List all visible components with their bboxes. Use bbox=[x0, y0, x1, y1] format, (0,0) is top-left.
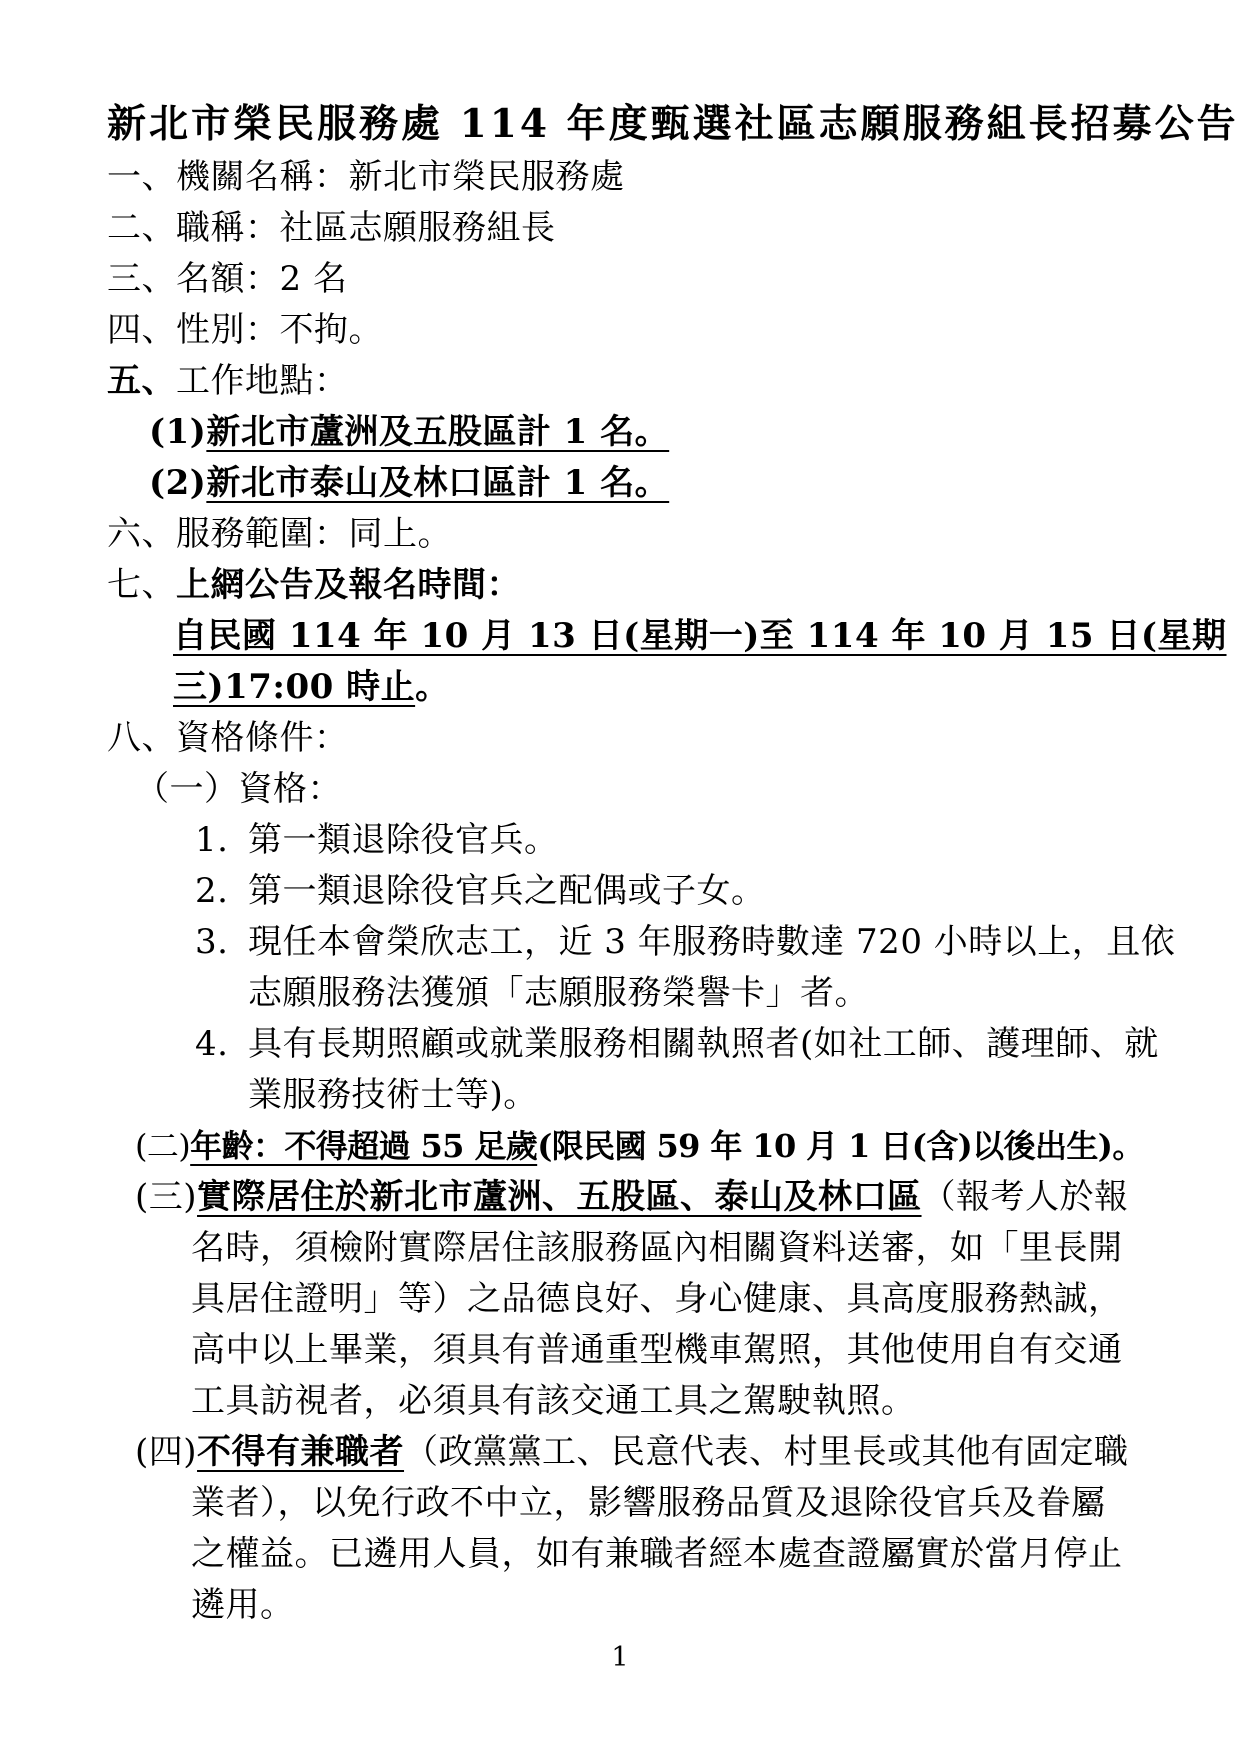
list-marker: 4. bbox=[195, 1019, 248, 1070]
item-qualifications: 八、資格條件： bbox=[107, 713, 1130, 764]
text-run: 三、名額：2 名 bbox=[107, 259, 347, 299]
text-run: （報考人於報 bbox=[922, 1177, 1129, 1217]
text-run: 。 bbox=[415, 667, 450, 707]
work-location-2: (2)新北市泰山及林口區計 1 名。 bbox=[107, 458, 1130, 509]
text-run: (限民國 59 年 10 月 1 日(含)以後出生)。 bbox=[537, 1127, 1144, 1165]
page-title: 新北市榮民服務處 114 年度甄選社區志願服務組長招募公告 bbox=[107, 96, 1130, 152]
qualification-1: 1.第一類退除役官兵。 bbox=[107, 815, 1130, 866]
text-run: 工作地點： bbox=[176, 361, 349, 401]
text-run: 工具訪視者，必須具有該交通工具之駕駛執照。 bbox=[191, 1381, 916, 1421]
qualification-4: 4.具有長期照顧或就業服務相關執照者(如社工師、護理師、就 bbox=[107, 1019, 1130, 1070]
item-gender: 四、性別：不拘。 bbox=[107, 305, 1130, 356]
text-run: 六、服務範圍：同上。 bbox=[107, 514, 452, 554]
item-job-title: 二、職稱：社區志願服務組長 bbox=[107, 203, 1130, 254]
residence-cont-1: 名時，須檢附實際居住該服務區內相關資料送審，如「里長開 bbox=[107, 1223, 1130, 1274]
residence-cont-4: 工具訪視者，必須具有該交通工具之駕駛執照。 bbox=[107, 1376, 1130, 1427]
text-run: 不得有兼職者 bbox=[197, 1432, 404, 1472]
list-marker: (三) bbox=[135, 1177, 197, 1217]
age-requirement: (二)年齡：不得超過 55 足歲(限民國 59 年 10 月 1 日(含)以後出… bbox=[107, 1121, 1130, 1172]
text-run: 高中以上畢業，須具有普通重型機車駕照，其他使用自有交通 bbox=[191, 1330, 1123, 1370]
text-run: 第一類退除役官兵之配偶或子女。 bbox=[248, 866, 766, 917]
text-run: （一）資格： bbox=[135, 769, 342, 809]
text-run: 名時，須檢附實際居住該服務區內相關資料送審，如「里長開 bbox=[191, 1228, 1123, 1268]
text-run: 上網公告及報名時間： bbox=[176, 565, 521, 605]
text-run: 實際居住於新北市蘆洲、五股區、泰山及林口區 bbox=[197, 1177, 922, 1217]
text-run: 之權益。已遴用人員，如有兼職者經本處查證屬實於當月停止 bbox=[191, 1534, 1123, 1574]
qualification-4-cont: 業服務技術士等)。 bbox=[107, 1070, 1130, 1121]
qualification-3-cont: 志願服務法獲頒「志願服務榮譽卡」者。 bbox=[107, 968, 1130, 1019]
list-marker: (1) bbox=[149, 412, 206, 452]
text-run: 遴用。 bbox=[191, 1585, 295, 1625]
text-run: 志願服務法獲頒「志願服務榮譽卡」者。 bbox=[248, 973, 869, 1013]
text-run: 一、機關名稱：新北市榮民服務處 bbox=[107, 157, 625, 197]
text-run: 年齡：不得超過 55 足歲 bbox=[190, 1127, 537, 1165]
list-marker: (四) bbox=[135, 1432, 197, 1472]
list-marker: (二) bbox=[135, 1127, 190, 1165]
text-run: 新北市泰山及林口區計 1 名。 bbox=[206, 463, 669, 503]
text-run: 第一類退除役官兵。 bbox=[248, 815, 559, 866]
no-concurrent-cont-1: 業者），以免行政不中立，影響服務品質及退除役官兵及眷屬 bbox=[107, 1478, 1130, 1529]
text-run: 八、資格條件： bbox=[107, 718, 349, 758]
item-service-area: 六、服務範圍：同上。 bbox=[107, 509, 1130, 560]
text-run: 四、性別：不拘。 bbox=[107, 310, 383, 350]
text-run: 三)17:00 時止 bbox=[173, 667, 415, 707]
announcement-period-line2: 三)17:00 時止。 bbox=[107, 662, 1130, 713]
section-marker: 五、 bbox=[107, 361, 176, 401]
text-run: 具有長期照顧或就業服務相關執照者(如社工師、護理師、就 bbox=[248, 1019, 1159, 1070]
text-run: 現任本會榮欣志工，近 3 年服務時數達 720 小時以上，且依 bbox=[248, 917, 1175, 968]
residence-cont-3: 高中以上畢業，須具有普通重型機車駕照，其他使用自有交通 bbox=[107, 1325, 1130, 1376]
qualification-category: （一）資格： bbox=[107, 764, 1130, 815]
text-run: 新北市蘆洲及五股區計 1 名。 bbox=[206, 412, 669, 452]
list-marker: 1. bbox=[195, 815, 248, 866]
residence-requirement: (三)實際居住於新北市蘆洲、五股區、泰山及林口區（報考人於報 bbox=[107, 1172, 1130, 1223]
list-marker: 2. bbox=[195, 866, 248, 917]
text-run: 自民國 114 年 10 月 13 日(星期一)至 114 年 10 月 15 … bbox=[173, 616, 1227, 656]
item-announcement-time: 七、上網公告及報名時間： bbox=[107, 560, 1130, 611]
work-location-1: (1)新北市蘆洲及五股區計 1 名。 bbox=[107, 407, 1130, 458]
list-marker: 3. bbox=[195, 917, 248, 968]
no-concurrent-job-requirement: (四)不得有兼職者（政黨黨工、民意代表、村里長或其他有固定職 bbox=[107, 1427, 1130, 1478]
qualification-3: 3.現任本會榮欣志工，近 3 年服務時數達 720 小時以上，且依 bbox=[107, 917, 1130, 968]
item-quota: 三、名額：2 名 bbox=[107, 254, 1130, 305]
section-marker: 七、 bbox=[107, 565, 176, 605]
text-run: 二、職稱：社區志願服務組長 bbox=[107, 208, 556, 248]
residence-cont-2: 具居住證明」等）之品德良好、身心健康、具高度服務熱誠， bbox=[107, 1274, 1130, 1325]
document-page: 新北市榮民服務處 114 年度甄選社區志願服務組長招募公告 一、機關名稱：新北市… bbox=[0, 0, 1240, 1754]
text-run: 具居住證明」等）之品德良好、身心健康、具高度服務熱誠， bbox=[191, 1279, 1123, 1319]
text-run: （政黨黨工、民意代表、村里長或其他有固定職 bbox=[404, 1432, 1129, 1472]
no-concurrent-cont-3: 遴用。 bbox=[107, 1580, 1130, 1631]
qualification-2: 2.第一類退除役官兵之配偶或子女。 bbox=[107, 866, 1130, 917]
page-number: 1 bbox=[0, 1642, 1240, 1673]
no-concurrent-cont-2: 之權益。已遴用人員，如有兼職者經本處查證屬實於當月停止 bbox=[107, 1529, 1130, 1580]
item-work-location: 五、工作地點： bbox=[107, 356, 1130, 407]
text-run: 業者），以免行政不中立，影響服務品質及退除役官兵及眷屬 bbox=[191, 1483, 1106, 1523]
item-agency-name: 一、機關名稱：新北市榮民服務處 bbox=[107, 152, 1130, 203]
list-marker: (2) bbox=[149, 463, 206, 503]
announcement-period-line1: 自民國 114 年 10 月 13 日(星期一)至 114 年 10 月 15 … bbox=[107, 611, 1130, 662]
text-run: 業服務技術士等)。 bbox=[248, 1075, 538, 1115]
